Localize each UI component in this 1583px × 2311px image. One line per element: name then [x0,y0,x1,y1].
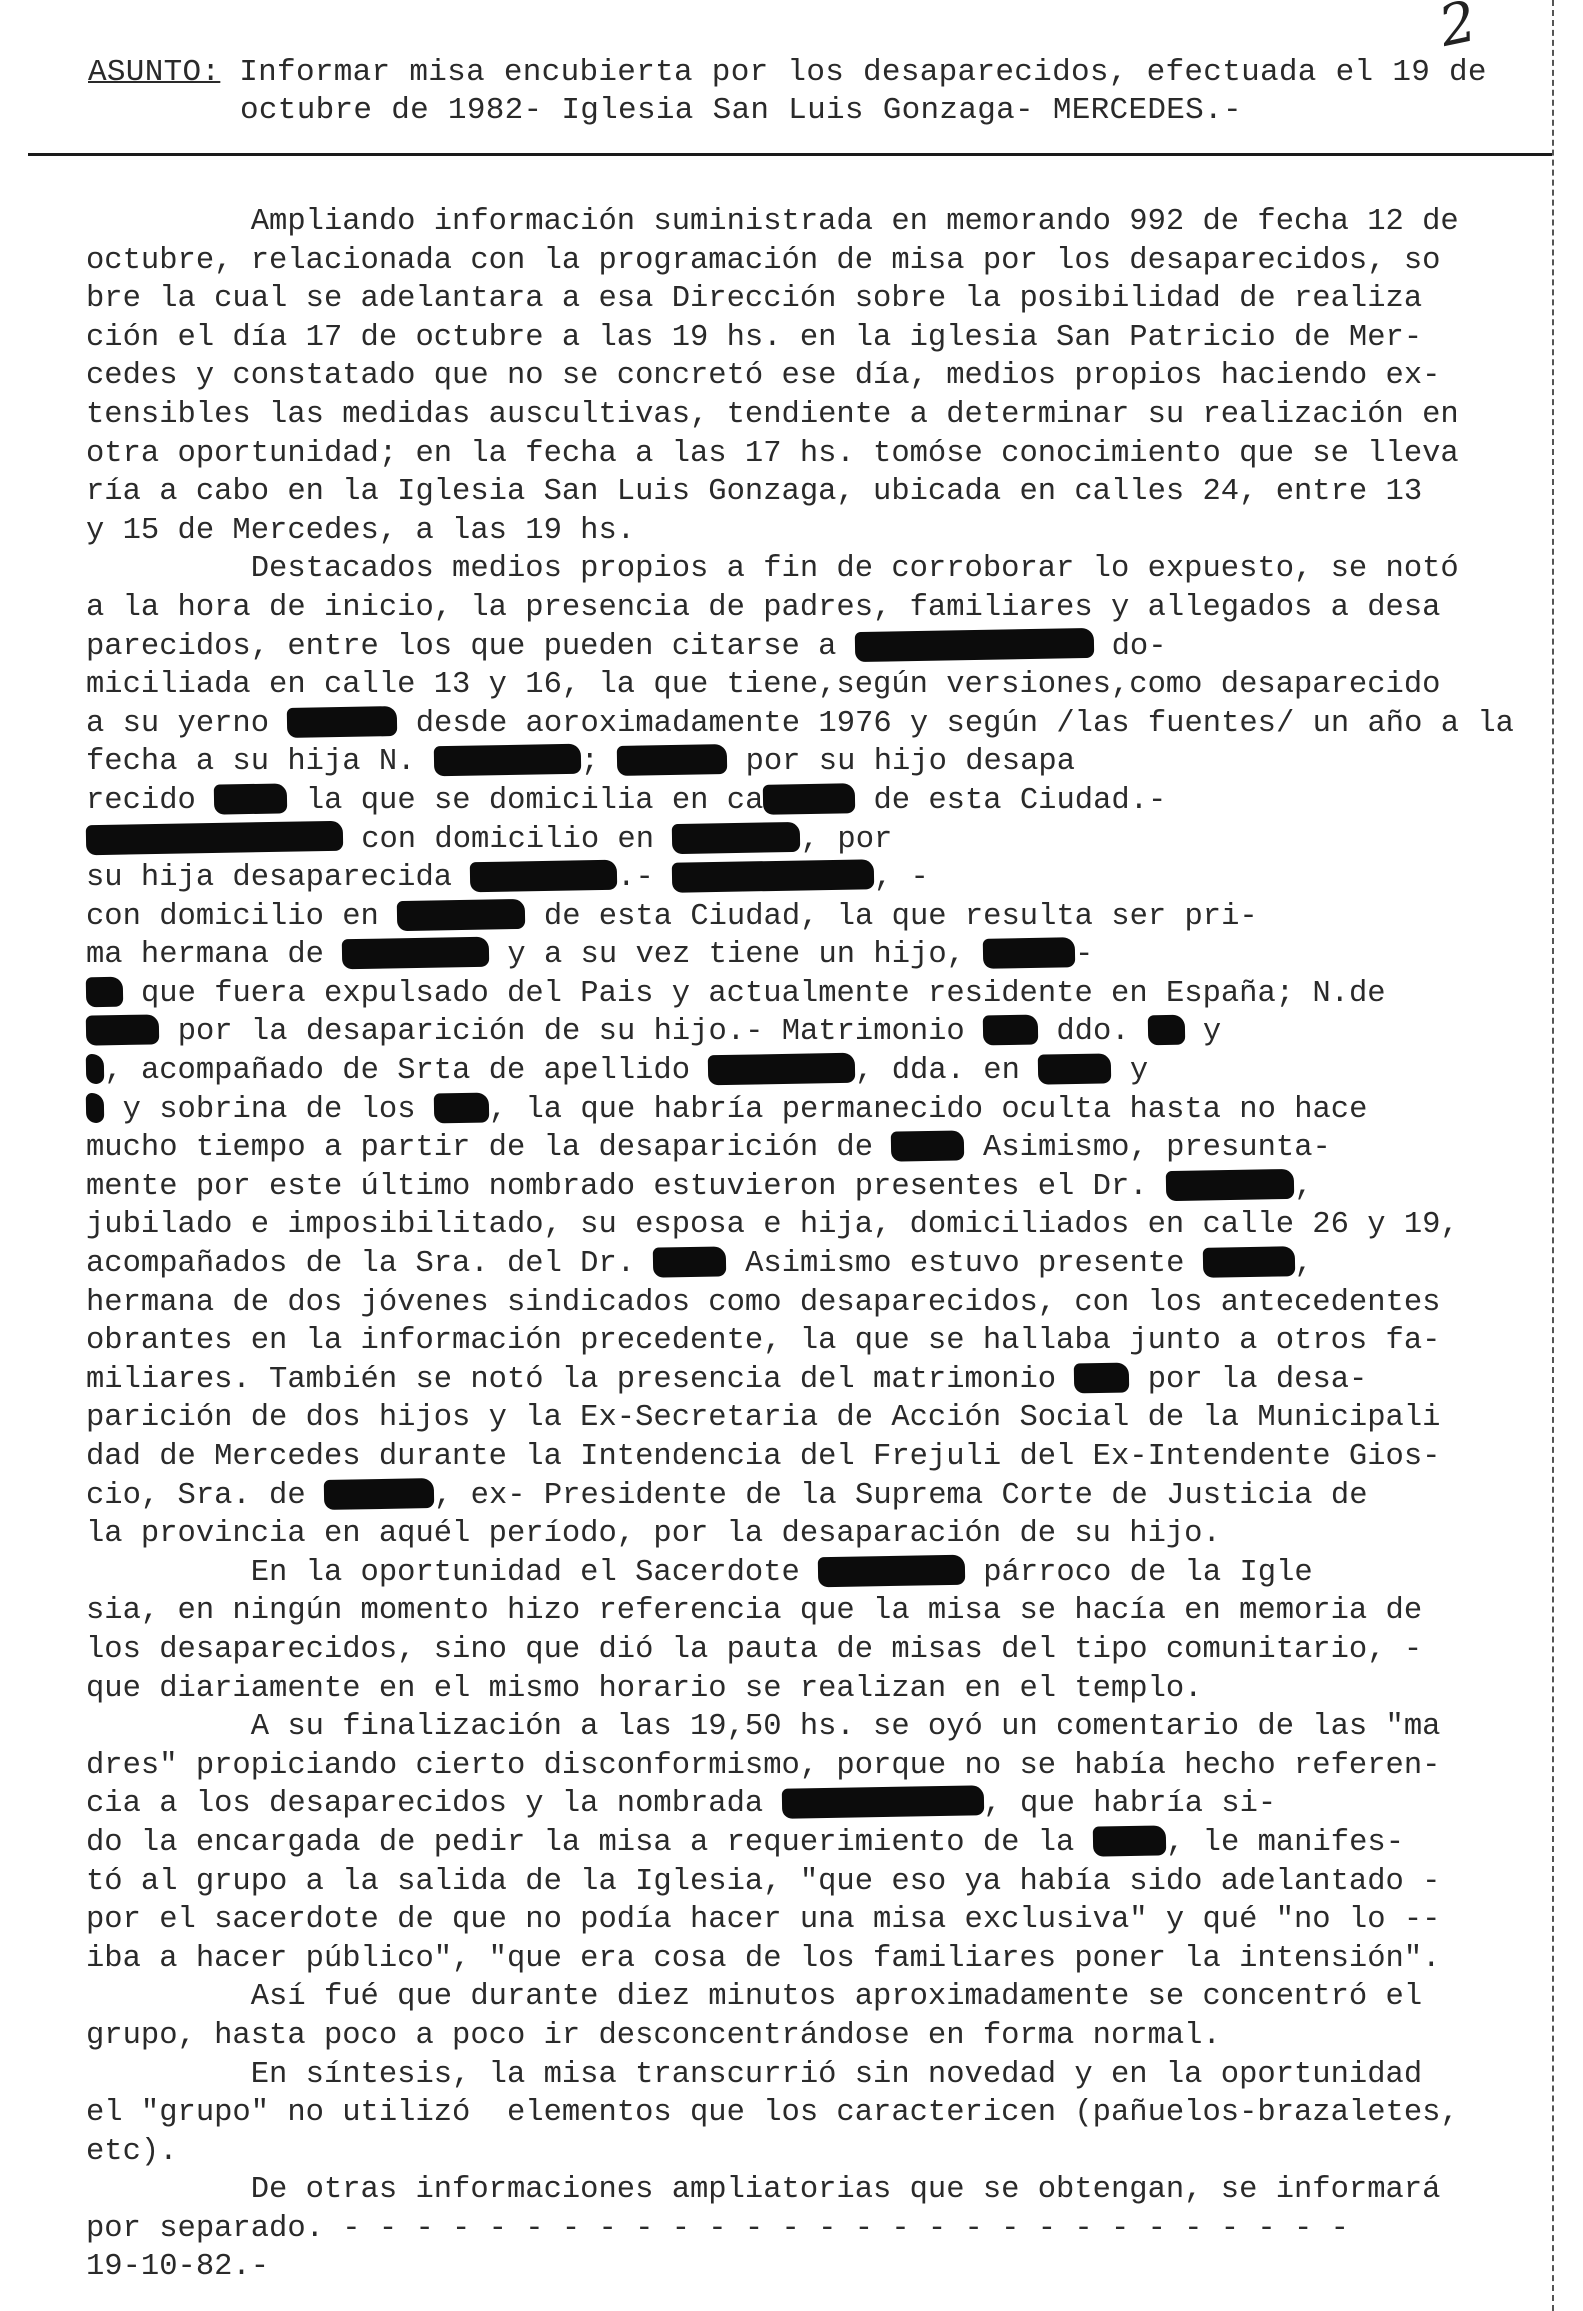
body-line: dad de Mercedes durante la Intendencia d… [86,1438,1516,1477]
body-line: , acompañado de Srta de apellido , dda. … [86,1052,1516,1091]
line-text: Ampliando información suministrada en me… [86,205,1459,239]
body-line: ría a cabo en la Iglesia San Luis Gonzag… [86,473,1516,512]
redaction-block [1148,1015,1185,1046]
body-line: jubilado e imposibilitado, su esposa e h… [86,1206,1516,1245]
redaction-block [324,1478,435,1510]
redaction-block [983,937,1075,969]
redaction-block [617,744,728,776]
line-text: a su yerno [86,707,287,741]
body-line: recido la que se domicilia en ca de esta… [86,782,1516,821]
body-line: ma hermana de y a su vez tiene un hijo, … [86,936,1516,975]
memo-body: Ampliando información suministrada en me… [86,203,1516,2287]
redaction-block [854,627,1093,661]
line-text: por la desa- [1129,1363,1367,1397]
body-line: ción el día 17 de octubre a las 19 hs. e… [86,319,1516,358]
line-text: por el sacerdote de que no podía hacer u… [86,1903,1440,1937]
redaction-block [1202,1246,1294,1278]
redaction-block [672,821,801,853]
body-line: Destacados medios propios a fin de corro… [86,550,1516,589]
body-line: cia a los desaparecidos y la nombrada , … [86,1785,1516,1824]
line-text: , dda. en [855,1054,1038,1088]
line-text: que diariamente en el mismo horario se r… [86,1672,1202,1706]
line-text: do la encargada de pedir la misa a reque… [86,1826,1093,1860]
line-text: ma hermana de [86,938,342,972]
redaction-block [653,1246,727,1277]
body-line: sia, en ningún momento hizo referencia q… [86,1592,1516,1631]
body-lines: Ampliando información suministrada en me… [86,203,1516,2248]
line-text: jubilado e imposibilitado, su esposa e h… [86,1208,1459,1242]
line-text: mente por este último nombrado estuviero… [86,1170,1166,1204]
line-text: por su hijo desapa [727,745,1075,779]
line-text: ría a cabo en la Iglesia San Luis Gonzag… [86,475,1422,509]
body-line: por la desaparición de su hijo.- Matrimo… [86,1013,1516,1052]
body-line: octubre, relacionada con la programación… [86,242,1516,281]
line-text: Asimismo estuvo presente [727,1247,1203,1281]
line-text: desde aoroximadamente 1976 y según /las … [397,707,1513,741]
body-line: la provincia en aquél período, por la de… [86,1515,1516,1554]
body-line: grupo, hasta poco a poco ir desconcentrá… [86,2017,1516,2056]
line-text: la provincia en aquél período, por la de… [86,1517,1221,1551]
redaction-block [287,706,398,738]
line-text: recido [86,784,214,818]
line-text: ddo. [1038,1015,1148,1049]
line-text: hermana de dos jóvenes sindicados como d… [86,1286,1440,1320]
line-text: con domicilio en [86,900,397,934]
line-text: los desaparecidos, sino que dió la pauta… [86,1633,1422,1667]
handwritten-page-number: 2 [1434,0,1482,60]
redaction-block [1166,1169,1295,1201]
redaction-block [86,977,123,1008]
subject-text-1: Informar misa encubierta por los desapar… [239,55,1487,90]
page-edge-border [1552,0,1554,2311]
body-line: fecha a su hija N. ; por su hijo desapa [86,743,1516,782]
subject-line-2: octubre de 1982- Iglesia San Luis Gonzag… [88,92,1548,130]
line-text: de esta Ciudad.- [855,784,1166,818]
redaction-block [86,1092,105,1122]
body-line: su hija desaparecida .- , - [86,859,1516,898]
redaction-block [86,1015,160,1046]
body-line: dres" propiciando cierto disconformismo,… [86,1747,1516,1786]
redaction-block [1074,1362,1130,1393]
line-text: por la desaparición de su hijo.- Matrimo… [159,1015,983,1049]
line-text: tó al grupo a la salida de la Iglesia, "… [86,1865,1440,1899]
redaction-block [763,783,855,815]
line-text: parecidos, entre los que pueden citarse … [86,630,855,664]
line-text: miliares. También se notó la presencia d… [86,1363,1074,1397]
line-text: mucho tiempo a partir de la desaparición… [86,1131,891,1165]
redaction-block [434,744,581,777]
line-text: otra oportunidad; en la fecha a las 17 h… [86,437,1459,471]
body-line: A su finalización a las 19,50 hs. se oyó… [86,1708,1516,1747]
line-text: , [1294,1247,1312,1281]
line-text: , le manifes- [1166,1826,1404,1860]
line-text: ; [581,745,618,779]
line-text: Asimismo, presunta- [965,1131,1331,1165]
redaction-block [397,899,526,931]
subject-label: ASUNTO: [88,55,220,90]
line-text: ción el día 17 de octubre a las 19 hs. e… [86,321,1422,355]
body-line: cedes y constatado que no se concretó es… [86,357,1516,396]
body-line: por el sacerdote de que no podía hacer u… [86,1901,1516,1940]
line-text: el "grupo" no utilizó elementos que los … [86,2096,1459,2130]
body-line: mente por este último nombrado estuviero… [86,1168,1516,1207]
header-divider [28,153,1552,156]
redaction-block [86,820,343,854]
body-line: otra oportunidad; en la fecha a las 17 h… [86,435,1516,474]
line-text: En síntesis, la misa transcurrió sin nov… [86,2058,1422,2092]
body-line: los desaparecidos, sino que dió la pauta… [86,1631,1516,1670]
line-text: - [1075,938,1093,972]
body-line: y sobrina de los , la que habría permane… [86,1091,1516,1130]
body-line: En síntesis, la misa transcurrió sin nov… [86,2056,1516,2095]
body-line: con domicilio en de esta Ciudad, la que … [86,898,1516,937]
line-text: bre la cual se adelantara a esa Direcció… [86,282,1422,316]
line-text: parición de dos hijos y la Ex-Secretaria… [86,1401,1440,1435]
line-text: dres" propiciando cierto disconformismo,… [86,1749,1440,1783]
body-line: hermana de dos jóvenes sindicados como d… [86,1284,1516,1323]
line-text: Destacados medios propios a fin de corro… [86,552,1459,586]
redaction-block [983,1015,1039,1046]
line-text: , [1294,1170,1312,1204]
body-line: do la encargada de pedir la misa a reque… [86,1824,1516,1863]
body-line: con domicilio en , por [86,821,1516,860]
body-line: tensibles las medidas auscultivas, tendi… [86,396,1516,435]
body-line: etc). [86,2133,1516,2172]
line-text: con domicilio en [343,823,672,857]
line-text: A su finalización a las 19,50 hs. se oyó… [86,1710,1440,1744]
body-line: mucho tiempo a partir de la desaparición… [86,1129,1516,1168]
body-line: Así fué que durante diez minutos aproxim… [86,1978,1516,2017]
line-text: iba a hacer público", "que era cosa de l… [86,1942,1440,1976]
line-text: etc). [86,2135,178,2169]
line-text: octubre, relacionada con la programación… [86,244,1440,278]
redaction-block [1038,1053,1112,1084]
line-text: cedes y constatado que no se concretó es… [86,359,1440,393]
line-text: y sobrina de los [104,1093,433,1127]
redaction-block [708,1053,855,1086]
line-text: obrantes en la información precedente, l… [86,1324,1440,1358]
body-line: que fuera expulsado del Pais y actualmen… [86,975,1516,1014]
line-text: Así fué que durante diez minutos aproxim… [86,1980,1422,2014]
line-text: cia a los desaparecidos y la nombrada [86,1787,782,1821]
line-text: , por [801,823,893,857]
line-text: , - [874,861,929,895]
line-text: párroco de la Igle [965,1556,1313,1590]
line-text: do- [1093,630,1166,664]
line-text: tensibles las medidas auscultivas, tendi… [86,398,1459,432]
line-text: , que habría si- [983,1787,1276,1821]
line-text: de esta Ciudad, la que resulta ser pri- [526,900,1258,934]
body-line: y 15 de Mercedes, a las 19 hs. [86,512,1516,551]
line-text: la que se domicilia en ca [288,784,764,818]
body-line: En la oportunidad el Sacerdote párroco d… [86,1554,1516,1593]
body-line: De otras informaciones ampliatorias que … [86,2171,1516,2210]
body-line: a la hora de inicio, la presencia de pad… [86,589,1516,628]
redaction-block [781,1786,983,1820]
line-text: , ex- Presidente de la Suprema Corte de … [434,1479,1367,1513]
body-line: parición de dos hijos y la Ex-Secretaria… [86,1399,1516,1438]
line-text: sia, en ningún momento hizo referencia q… [86,1594,1422,1628]
body-line: parecidos, entre los que pueden citarse … [86,628,1516,667]
line-text: dad de Mercedes durante la Intendencia d… [86,1440,1440,1474]
redaction-block [214,783,288,814]
redaction-block [342,937,489,970]
redaction-block [1092,1825,1166,1856]
line-text: grupo, hasta poco a poco ir desconcentrá… [86,2019,1221,2053]
redaction-block [891,1131,965,1162]
line-text: De otras informaciones ampliatorias que … [86,2173,1440,2207]
line-text: por separado. - - - - - - - - - - - - - … [86,2212,1349,2246]
memo-date: 19-10-82.- [86,2248,1516,2287]
body-line: que diariamente en el mismo horario se r… [86,1670,1516,1709]
line-text: y 15 de Mercedes, a las 19 hs. [86,514,635,548]
subject-header: ASUNTO: Informar misa encubierta por los… [88,54,1548,130]
body-line: miliares. También se notó la presencia d… [86,1361,1516,1400]
line-text: y [1185,1015,1222,1049]
body-line: Ampliando información suministrada en me… [86,203,1516,242]
body-line: por separado. - - - - - - - - - - - - - … [86,2210,1516,2249]
body-line: cio, Sra. de , ex- Presidente de la Supr… [86,1477,1516,1516]
redaction-block [672,859,874,893]
subject-line-1: ASUNTO: Informar misa encubierta por los… [88,54,1548,92]
line-text: En la oportunidad el Sacerdote [86,1556,818,1590]
line-text: , acompañado de Srta de apellido [104,1054,708,1088]
line-text: , la que habría permanecido oculta hasta… [489,1093,1368,1127]
redaction-block [86,1054,105,1084]
redaction-block [434,1092,490,1123]
line-text: que fuera expulsado del Pais y actualmen… [123,977,1386,1011]
line-text: a la hora de inicio, la presencia de pad… [86,591,1440,625]
body-line: a su yerno desde aoroximadamente 1976 y … [86,705,1516,744]
body-line: iba a hacer público", "que era cosa de l… [86,1940,1516,1979]
body-line: el "grupo" no utilizó elementos que los … [86,2094,1516,2133]
line-text: cio, Sra. de [86,1479,324,1513]
line-text: .- [617,861,672,895]
line-text: y a su vez tiene un hijo, [489,938,983,972]
redaction-block [818,1555,965,1588]
body-line: bre la cual se adelantara a esa Direcció… [86,280,1516,319]
line-text: su hija desaparecida [86,861,470,895]
line-text: y [1112,1054,1149,1088]
line-text: fecha a su hija N. [86,745,434,779]
line-text: miciliada en calle 13 y 16, la que tiene… [86,668,1440,702]
body-line: tó al grupo a la salida de la Iglesia, "… [86,1863,1516,1902]
body-line: obrantes en la información precedente, l… [86,1322,1516,1361]
body-line: acompañados de la Sra. del Dr. Asimismo … [86,1245,1516,1284]
redaction-block [470,860,617,893]
body-line: miciliada en calle 13 y 16, la que tiene… [86,666,1516,705]
line-text: acompañados de la Sra. del Dr. [86,1247,653,1281]
